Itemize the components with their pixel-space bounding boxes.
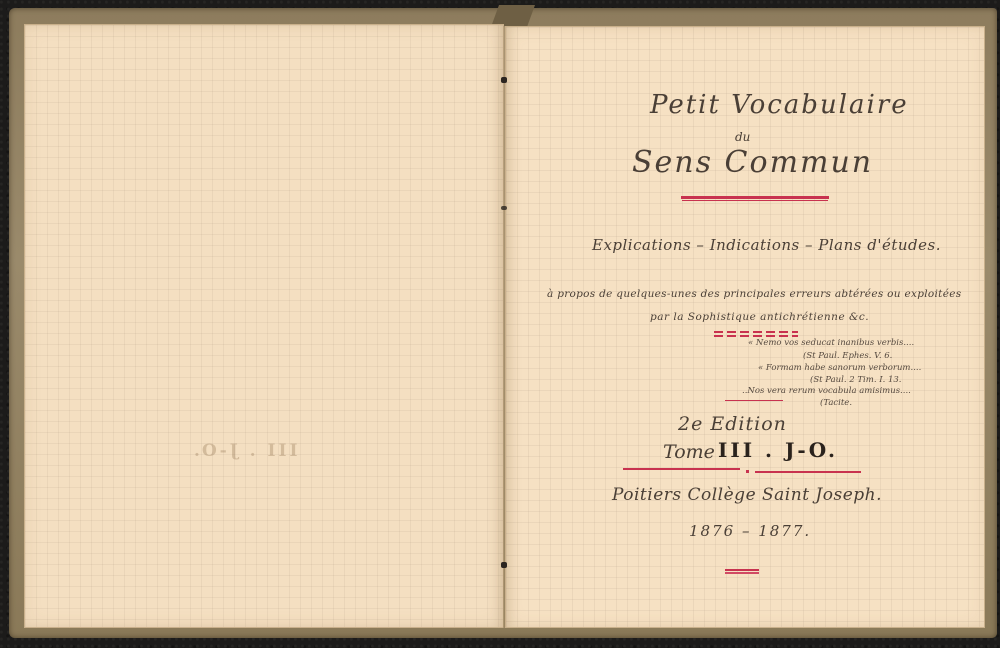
closing-ornament <box>725 569 759 571</box>
quote-1-text: « Nemo vos seducat inanibus verbis.... <box>748 338 914 348</box>
subtitle: Explications – Indications – Plans d'étu… <box>592 236 941 254</box>
tome-underline-left <box>623 468 740 470</box>
tome-value: III . J-O. <box>718 438 838 462</box>
quote-1-source: (St Paul. Ephes. V. 6. <box>803 351 892 361</box>
title-underline <box>681 196 829 199</box>
years: 1876 – 1877. <box>689 522 811 540</box>
bleed-through-text: III . J-O. <box>191 441 297 461</box>
title-connector: du <box>735 130 750 144</box>
tome-label: Tome <box>663 441 715 463</box>
quotes-underline <box>725 400 783 401</box>
spine-fold <box>503 26 505 628</box>
red-dash-ornament <box>714 331 798 338</box>
description-line-1: à propos de quelques-unes des principale… <box>547 288 961 300</box>
tome-underline-dot <box>746 470 749 473</box>
quote-2-text: « Formam habe sanorum verborum.... <box>758 363 921 373</box>
staple-icon <box>501 562 507 568</box>
edition: 2e Edition <box>678 413 787 435</box>
staple-icon <box>501 206 507 210</box>
title-line-2: Sens Commun <box>632 145 873 180</box>
title-line-1: Petit Vocabulaire <box>650 90 909 120</box>
tome-underline-right <box>755 471 861 473</box>
quote-2-source: (St Paul. 2 Tim. I. 13. <box>810 375 902 385</box>
staple-icon <box>501 77 507 83</box>
left-page: III . J-O. <box>24 24 504 628</box>
place: Poitiers Collège Saint Joseph. <box>612 485 882 505</box>
description-line-2: par la Sophistique antichrétienne &c. <box>650 311 869 323</box>
quote-3-source: (Tacite. <box>820 398 852 408</box>
quote-3-text: ..Nos vera rerum vocabula amisimus.... <box>742 386 911 396</box>
